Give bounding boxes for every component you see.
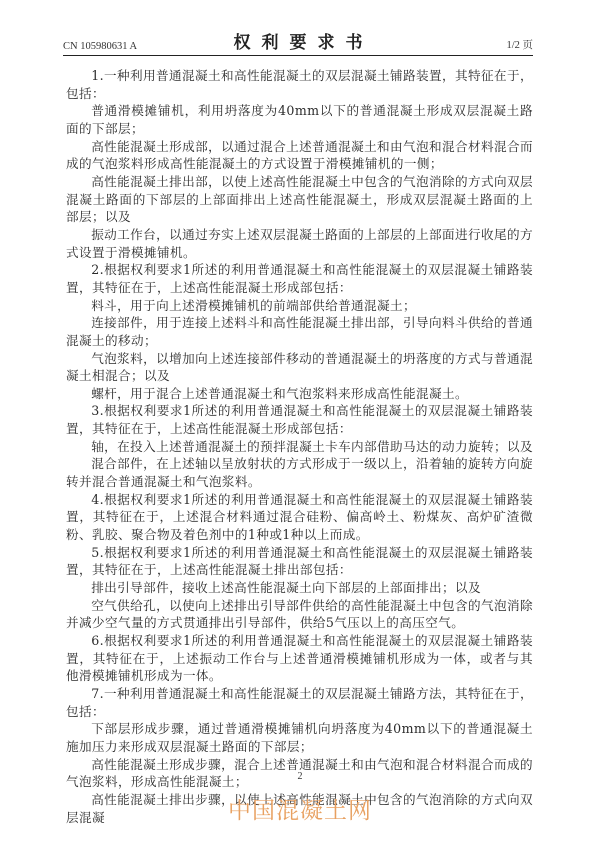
- claim-1-element-forming: 高性能混凝土形成部，以通过混合上述普通混凝土和由气泡和混合材料混合而成的气泡浆料…: [66, 138, 533, 173]
- claims-body: 1.一种利用普通混凝土和高性能混凝土的双层混凝土铺路装置，其特征在于，包括： 普…: [66, 67, 533, 826]
- watermark-logo: 中国混凝土网: [0, 792, 600, 825]
- claim-1-element-paver: 普通滑模摊铺机，利用坍落度为40mm以下的普通混凝土形成双层混凝土路面的下部层；: [66, 102, 533, 137]
- claim-3-element-shaft: 轴，在投入上述普通混凝土的预拌混凝土卡车内部借助马达的动力旋转；以及: [66, 438, 533, 456]
- page-number: 2: [0, 771, 600, 782]
- page-count: 1/2 页: [506, 37, 533, 52]
- claim-1-element-discharge: 高性能混凝土排出部，以使上述高性能混凝土中包含的气泡消除的方式向双层混凝土路面的…: [66, 173, 533, 226]
- claim-2-element-connector: 连接部件，用于连接上述料斗和高性能混凝土排出部，引导向料斗供给的普通混凝土的移动…: [66, 314, 533, 349]
- claim-2-element-screw: 螺杆，用于混合上述普通混凝土和气泡浆料来形成高性能混凝土。: [66, 385, 533, 403]
- claim-5-element-air-hole: 空气供给孔，以使向上述排出引导部件供给的高性能混凝土中包含的气泡消除并减少空气量…: [66, 597, 533, 632]
- claim-2-intro: 2.根据权利要求1所述的利用普通混凝土和高性能混凝土的双层混凝土铺路装置，其特征…: [66, 261, 533, 296]
- claim-2-element-hopper: 料斗，用于向上述滑模摊铺机的前端部供给普通混凝土；: [66, 297, 533, 315]
- claim-4: 4.根据权利要求1所述的利用普通混凝土和高性能混凝土的双层混凝土铺路装置，其特征…: [66, 491, 533, 544]
- claim-2-element-foam: 气泡浆料，以增加向上述连接部件移动的普通混凝土的坍落度的方式与普通混凝土相混合；…: [66, 350, 533, 385]
- claim-1-intro: 1.一种利用普通混凝土和高性能混凝土的双层混凝土铺路装置，其特征在于，包括：: [66, 67, 533, 102]
- page-header: CN 105980631 A 权利要求书 1/2 页: [63, 33, 533, 56]
- claim-7-intro: 7.一种利用普通混凝土和高性能混凝土的双层混凝土铺路方法，其特征在于，包括：: [66, 685, 533, 720]
- claim-3-element-mixer: 混合部件，在上述轴以呈放射状的方式形成于一级以上，沿着轴的旋转方向旋转并混合普通…: [66, 455, 533, 490]
- claim-7-step-lower-layer: 下部层形成步骤，通过普通滑模摊铺机向坍落度为40mm以下的普通混凝土施加压力来形…: [66, 720, 533, 755]
- claim-1-element-vibration: 振动工作台，以通过夯实上述双层混凝土路面的上部层的上部面进行收尾的方式设置于滑模…: [66, 226, 533, 261]
- claim-3-intro: 3.根据权利要求1所述的利用普通混凝土和高性能混凝土的双层混凝土铺路装置，其特征…: [66, 402, 533, 437]
- document-title: 权利要求书: [63, 28, 533, 53]
- claim-6: 6.根据权利要求1所述的利用普通混凝土和高性能混凝土的双层混凝土铺路装置，其特征…: [66, 632, 533, 685]
- claim-5-intro: 5.根据权利要求1所述的利用普通混凝土和高性能混凝土的双层混凝土铺路装置，其特征…: [66, 544, 533, 579]
- claim-5-element-guide: 排出引导部件，接收上述高性能混凝土向下部层的上部面排出；以及: [66, 579, 533, 597]
